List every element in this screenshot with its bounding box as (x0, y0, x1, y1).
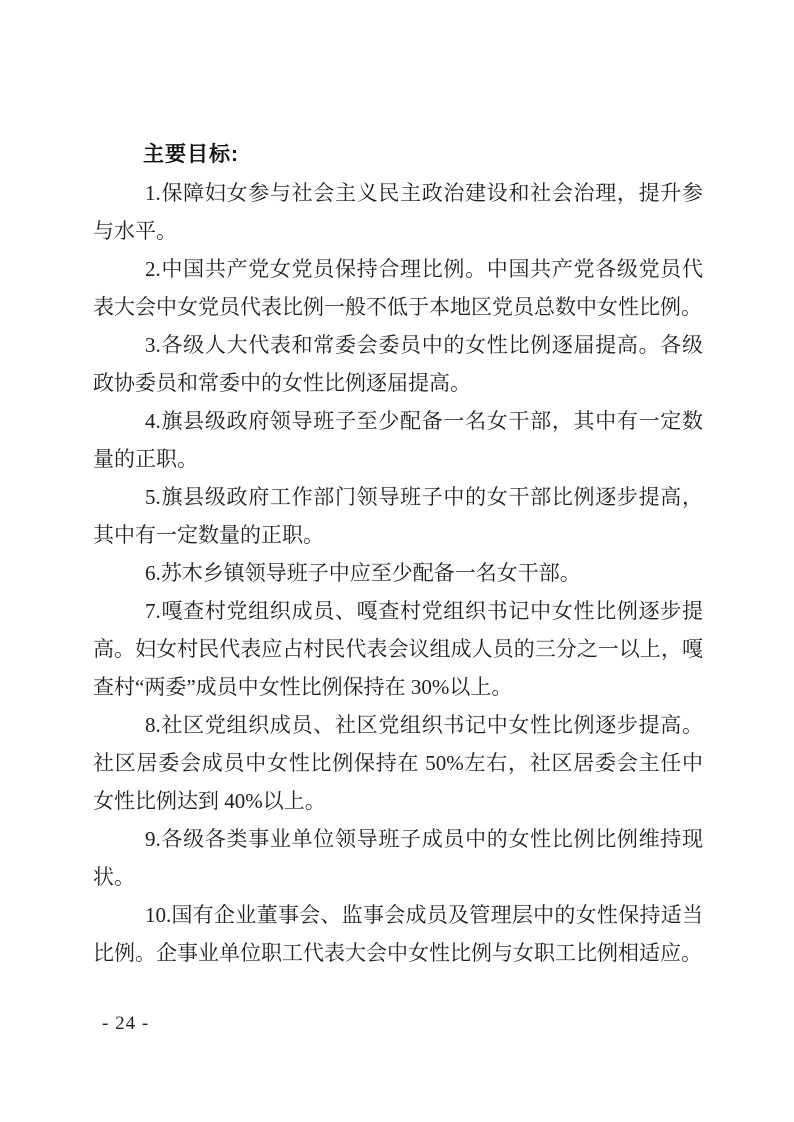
document-body: 主要目标: 1.保障妇女参与社会主义民主政治建设和社会治理，提升参与水平。2.中… (93, 136, 703, 972)
objective-paragraph: 4.旗县级政府领导班子至少配备一名女干部，其中有一定数量的正职。 (93, 402, 703, 478)
section-heading: 主要目标: (93, 136, 703, 174)
objectives-list: 1.保障妇女参与社会主义民主政治建设和社会治理，提升参与水平。2.中国共产党女党… (93, 174, 703, 972)
objective-paragraph: 1.保障妇女参与社会主义民主政治建设和社会治理，提升参与水平。 (93, 174, 703, 250)
objective-paragraph: 6.苏木乡镇领导班子中应至少配备一名女干部。 (93, 554, 703, 592)
objective-paragraph: 7.嘎查村党组织成员、嘎查村党组织书记中女性比例逐步提高。妇女村民代表应占村民代… (93, 592, 703, 706)
objective-paragraph: 10.国有企业董事会、监事会成员及管理层中的女性保持适当比例。企事业单位职工代表… (93, 896, 703, 972)
page-number: - 24 - (102, 1013, 149, 1034)
objective-paragraph: 5.旗县级政府工作部门领导班子中的女干部比例逐步提高，其中有一定数量的正职。 (93, 478, 703, 554)
document-page: 主要目标: 1.保障妇女参与社会主义民主政治建设和社会治理，提升参与水平。2.中… (0, 0, 794, 1122)
page-footer: - 24 - (102, 1010, 149, 1038)
objective-paragraph: 2.中国共产党女党员保持合理比例。中国共产党各级党员代表大会中女党员代表比例一般… (93, 250, 703, 326)
objective-paragraph: 8.社区党组织成员、社区党组织书记中女性比例逐步提高。社区居委会成员中女性比例保… (93, 706, 703, 820)
objective-paragraph: 3.各级人大代表和常委会委员中的女性比例逐届提高。各级政协委员和常委中的女性比例… (93, 326, 703, 402)
objective-paragraph: 9.各级各类事业单位领导班子成员中的女性比例比例维持现状。 (93, 820, 703, 896)
